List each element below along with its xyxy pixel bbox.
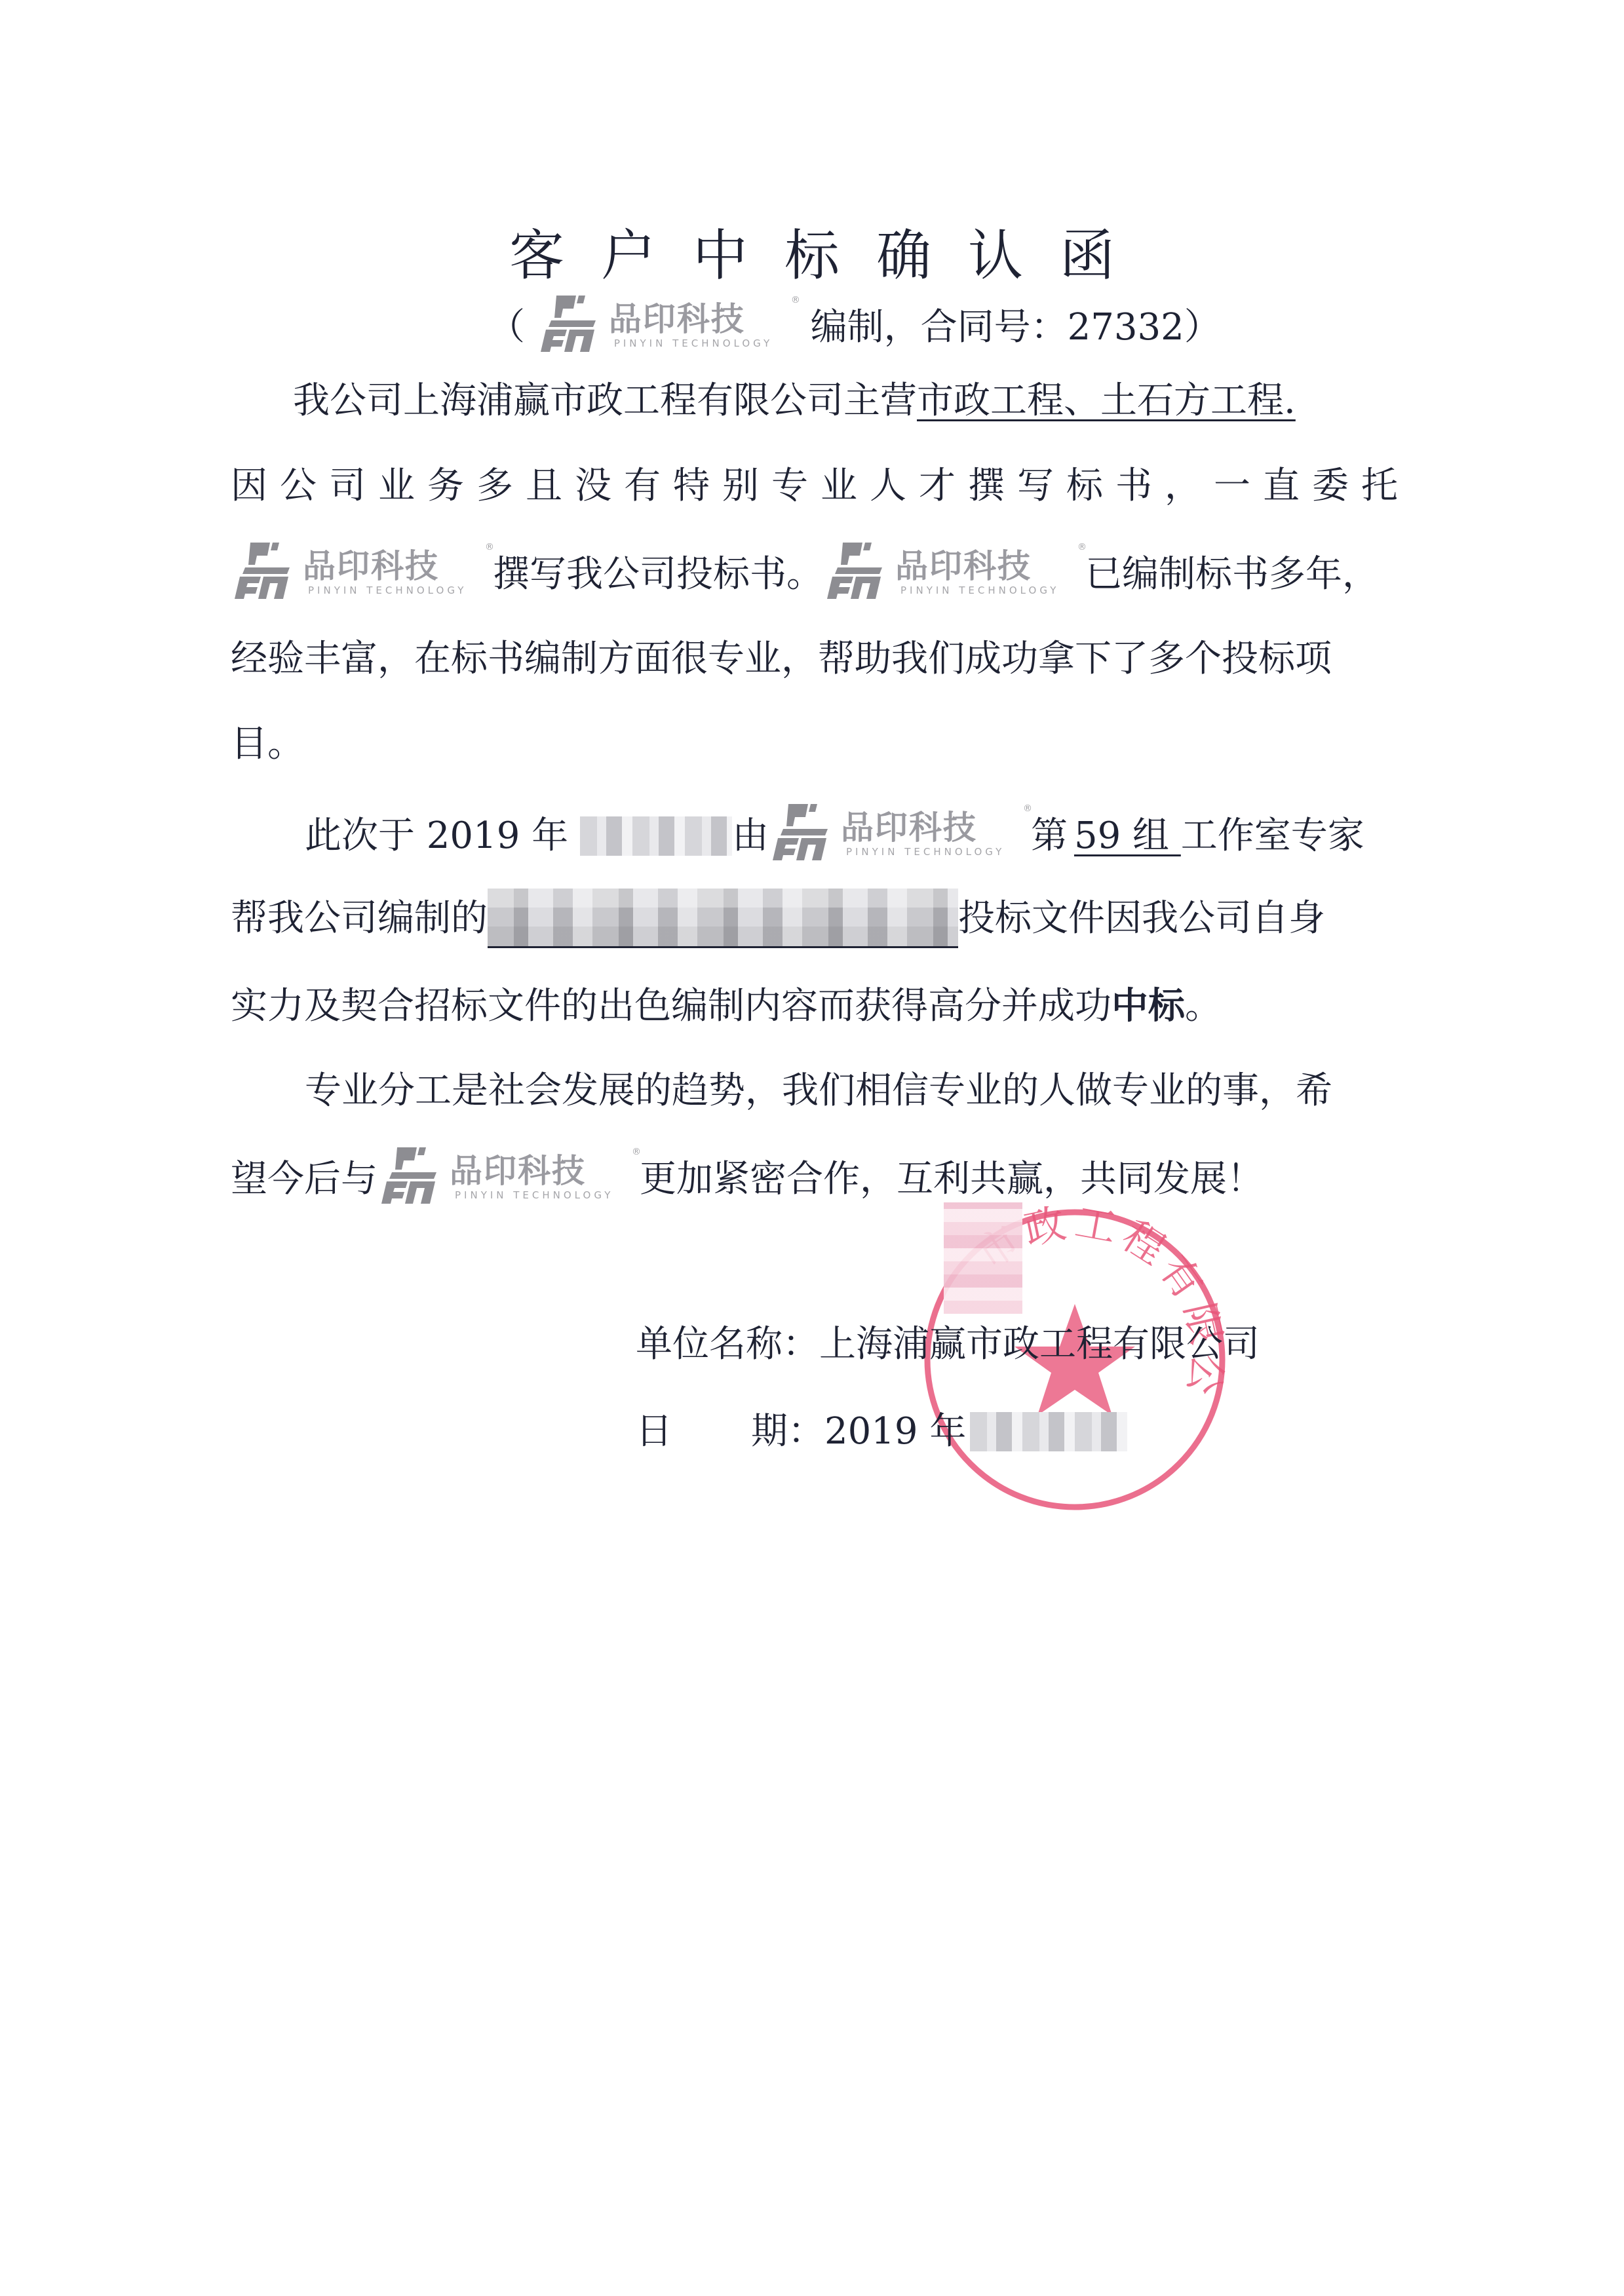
redacted-project-name-block bbox=[488, 889, 958, 948]
p2-line3-end: 。 bbox=[1185, 985, 1222, 1027]
p3-line2-prefix: 望今后与 bbox=[231, 1158, 377, 1200]
pinyin-logo-mark-icon bbox=[769, 804, 832, 860]
pinyin-logo: 品印科技 PINYIN TECHNOLOGY ® bbox=[537, 296, 799, 352]
p1-line3-end: 已编制标书多年， bbox=[1085, 553, 1379, 596]
p2-line2-prefix: 帮我公司编制的 bbox=[231, 897, 488, 940]
p2-line1-prefix: 此次于 2019 年 bbox=[305, 814, 568, 857]
p2-line1: 此次于 2019 年 由 品印科技 PINYIN TECHNOLOGY ® 第5… bbox=[305, 810, 1364, 862]
pinyin-logo-mark-icon bbox=[537, 296, 600, 352]
won-bid-bold: 中标 bbox=[1112, 984, 1185, 1027]
logo-name-en: PINYIN TECHNOLOGY bbox=[455, 1189, 613, 1201]
redacted-date-block bbox=[970, 1412, 1127, 1451]
p1-line1-text: 我公司上海浦赢市政工程有限公司主营 bbox=[293, 379, 917, 422]
logo-name-cn: 品印科技 bbox=[303, 548, 439, 584]
logo-name-en: PINYIN TECHNOLOGY bbox=[846, 846, 1005, 858]
signature-date-line: 日期：2019 年 bbox=[636, 1406, 1127, 1458]
pinyin-logo-mark-icon bbox=[823, 543, 886, 599]
logo-name-cn: 品印科技 bbox=[450, 1153, 586, 1189]
date-label-2: 期： bbox=[751, 1410, 824, 1453]
date-year: 2019 年 bbox=[824, 1410, 966, 1453]
p2-line3: 实力及契合招标文件的出色编制内容而获得高分并成功中标。 bbox=[231, 980, 1222, 1032]
subtitle-open-paren: （ bbox=[488, 306, 525, 349]
p2-line1-suffix: 工作室专家 bbox=[1181, 814, 1364, 857]
p3-line1: 专业分工是社会发展的趋势，我们相信专业的人做专业的事，希 bbox=[305, 1065, 1332, 1117]
pinyin-logo: 品印科技 PINYIN TECHNOLOGY ® bbox=[769, 804, 1031, 860]
p2-line1-you: 由 bbox=[732, 814, 769, 857]
p2-line3-prefix: 实力及契合招标文件的出色编制内容而获得高分并成功 bbox=[231, 985, 1112, 1027]
redacted-seal-block bbox=[944, 1202, 1022, 1314]
business-scope-underlined: 市政工程、土石方工程. bbox=[917, 379, 1296, 422]
subtitle-contract: 编制，合同号：27332） bbox=[811, 306, 1221, 349]
registered-mark-icon: ® bbox=[632, 1147, 641, 1157]
p1-line3: 品印科技 PINYIN TECHNOLOGY ® 撰写我公司投标书。 品印科技 … bbox=[231, 548, 1379, 601]
logo-name-en: PINYIN TECHNOLOGY bbox=[900, 584, 1059, 596]
pinyin-logo: 品印科技 PINYIN TECHNOLOGY ® bbox=[377, 1147, 640, 1204]
pinyin-logo-mark-icon bbox=[377, 1147, 440, 1204]
pinyin-logo: 品印科技 PINYIN TECHNOLOGY ® bbox=[231, 543, 493, 599]
p1-line3-mid: 撰写我公司投标书。 bbox=[493, 553, 823, 596]
pinyin-logo-mark-icon bbox=[231, 543, 294, 599]
p1-line1: 我公司上海浦赢市政工程有限公司主营市政工程、土石方工程. bbox=[293, 375, 1296, 427]
p1-line2: 因公司业务多且没有特别专业人才撰写标书，一直委托 bbox=[231, 460, 1410, 512]
logo-name-cn: 品印科技 bbox=[895, 548, 1032, 584]
p1-line5: 目。 bbox=[231, 718, 304, 771]
p2-line2-suffix: 投标文件因我公司自身 bbox=[958, 897, 1325, 940]
signature-company-line: 单位名称：上海浦赢市政工程有限公司 bbox=[636, 1318, 1260, 1371]
logo-name-cn: 品印科技 bbox=[841, 809, 977, 846]
subtitle-line: （ 品印科技 PINYIN TECHNOLOGY ® 编制，合同号：27332） bbox=[488, 298, 1221, 357]
date-label-1: 日 bbox=[636, 1410, 672, 1453]
logo-name-en: PINYIN TECHNOLOGY bbox=[308, 584, 467, 596]
logo-name-en: PINYIN TECHNOLOGY bbox=[614, 337, 773, 349]
redacted-date-block bbox=[580, 816, 732, 856]
company-value: 上海浦赢市政工程有限公司 bbox=[819, 1323, 1260, 1366]
registered-mark-icon: ® bbox=[1023, 804, 1032, 813]
p3-line2: 望今后与 品印科技 PINYIN TECHNOLOGY ® 更加紧密合作，互利共… bbox=[231, 1153, 1264, 1206]
p2-line2: 帮我公司编制的投标文件因我公司自身 bbox=[231, 891, 1325, 944]
registered-mark-icon: ® bbox=[1077, 543, 1087, 552]
registered-mark-icon: ® bbox=[791, 296, 800, 305]
p2-line1-di: 第 bbox=[1031, 814, 1068, 857]
logo-name-cn: 品印科技 bbox=[609, 301, 745, 337]
p3-line2-suffix: 更加紧密合作，互利共赢，共同发展！ bbox=[640, 1158, 1264, 1200]
company-label: 单位名称： bbox=[636, 1323, 819, 1366]
document-title: 客户中标确认函 bbox=[0, 216, 1624, 295]
p1-line4: 经验丰富，在标书编制方面很专业，帮助我们成功拿下了多个投标项 bbox=[231, 633, 1332, 685]
pinyin-logo: 品印科技 PINYIN TECHNOLOGY ® bbox=[823, 543, 1085, 599]
studio-group-underlined: 59 组 bbox=[1074, 814, 1181, 857]
registered-mark-icon: ® bbox=[485, 543, 494, 552]
